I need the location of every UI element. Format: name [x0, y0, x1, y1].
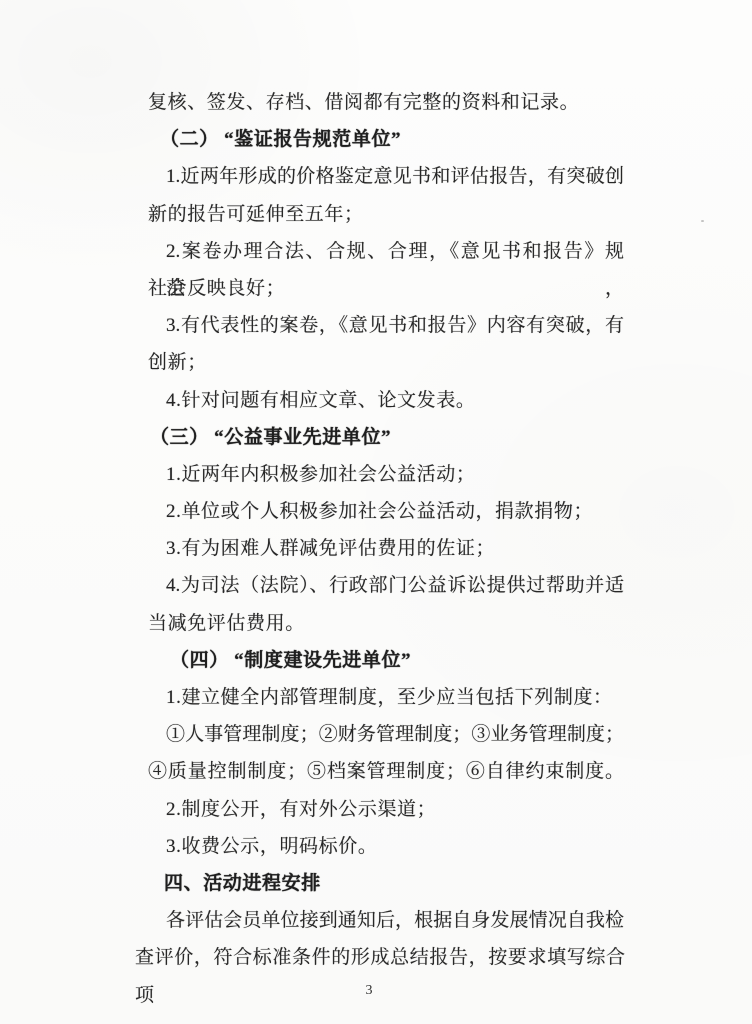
item-line: 4.针对问题有相应文章、论文发表。	[148, 382, 624, 419]
heading-section-2: （二） “鉴证报告规范单位”	[148, 121, 624, 158]
page-number: 3	[0, 983, 752, 999]
item-line: 2.案卷办理合法、合规、合理，《意见书和报告》规范，	[148, 233, 624, 270]
scan-speck	[701, 220, 704, 222]
heading-section-4: （四） “制度建设先进单位”	[148, 642, 624, 679]
paragraph-continuation-line: 查评价，符合标准条件的形成总结报告，按要求填写综合项	[135, 939, 625, 976]
paragraph-start-line: 各评估会员单位接到通知后，根据自身发展情况自我检	[148, 902, 624, 939]
continuation-line: 创新；	[148, 344, 624, 381]
scanned-document-page: 复核、签发、存档、借阅都有完整的资料和记录。 （二） “鉴证报告规范单位” 1.…	[0, 0, 752, 1024]
paragraph-end-line: 复核、签发、存档、借阅都有完整的资料和记录。	[148, 84, 624, 121]
item-line: 2.单位或个人积极参加社会公益活动，捐款捐物；	[148, 493, 624, 530]
item-line: 2.制度公开，有对外公示渠道；	[148, 791, 624, 828]
item-line: 1.近两年形成的价格鉴定意见书和评估报告，有突破创	[148, 158, 624, 195]
item-line: 4.为司法（法院）、行政部门公益诉讼提供过帮助并适	[148, 567, 624, 604]
item-line: 3.有为困难人群减免评估费用的佐证；	[148, 530, 624, 567]
item-line: 3.收费公示，明码标价。	[148, 828, 624, 865]
continuation-line: 新的报告可延伸至五年；	[148, 196, 624, 233]
item-line: 1.建立健全内部管理制度，至少应当包括下列制度：	[148, 679, 624, 716]
heading-activity-schedule: 四、活动进程安排	[148, 865, 624, 902]
heading-section-3: （三） “公益事业先进单位”	[148, 419, 624, 456]
item-line: 1.近两年内积极参加社会公益活动；	[148, 456, 624, 493]
item-line: 3.有代表性的案卷，《意见书和报告》内容有突破，有	[148, 307, 624, 344]
continuation-line: 当减免评估费用。	[148, 605, 624, 642]
numbered-subitems-line: ④质量控制制度；⑤档案管理制度；⑥自律约束制度。	[148, 753, 624, 790]
numbered-subitems-line: ①人事管理制度；②财务管理制度；③业务管理制度；	[148, 716, 624, 753]
document-text-block: 复核、签发、存档、借阅都有完整的资料和记录。 （二） “鉴证报告规范单位” 1.…	[148, 84, 624, 977]
